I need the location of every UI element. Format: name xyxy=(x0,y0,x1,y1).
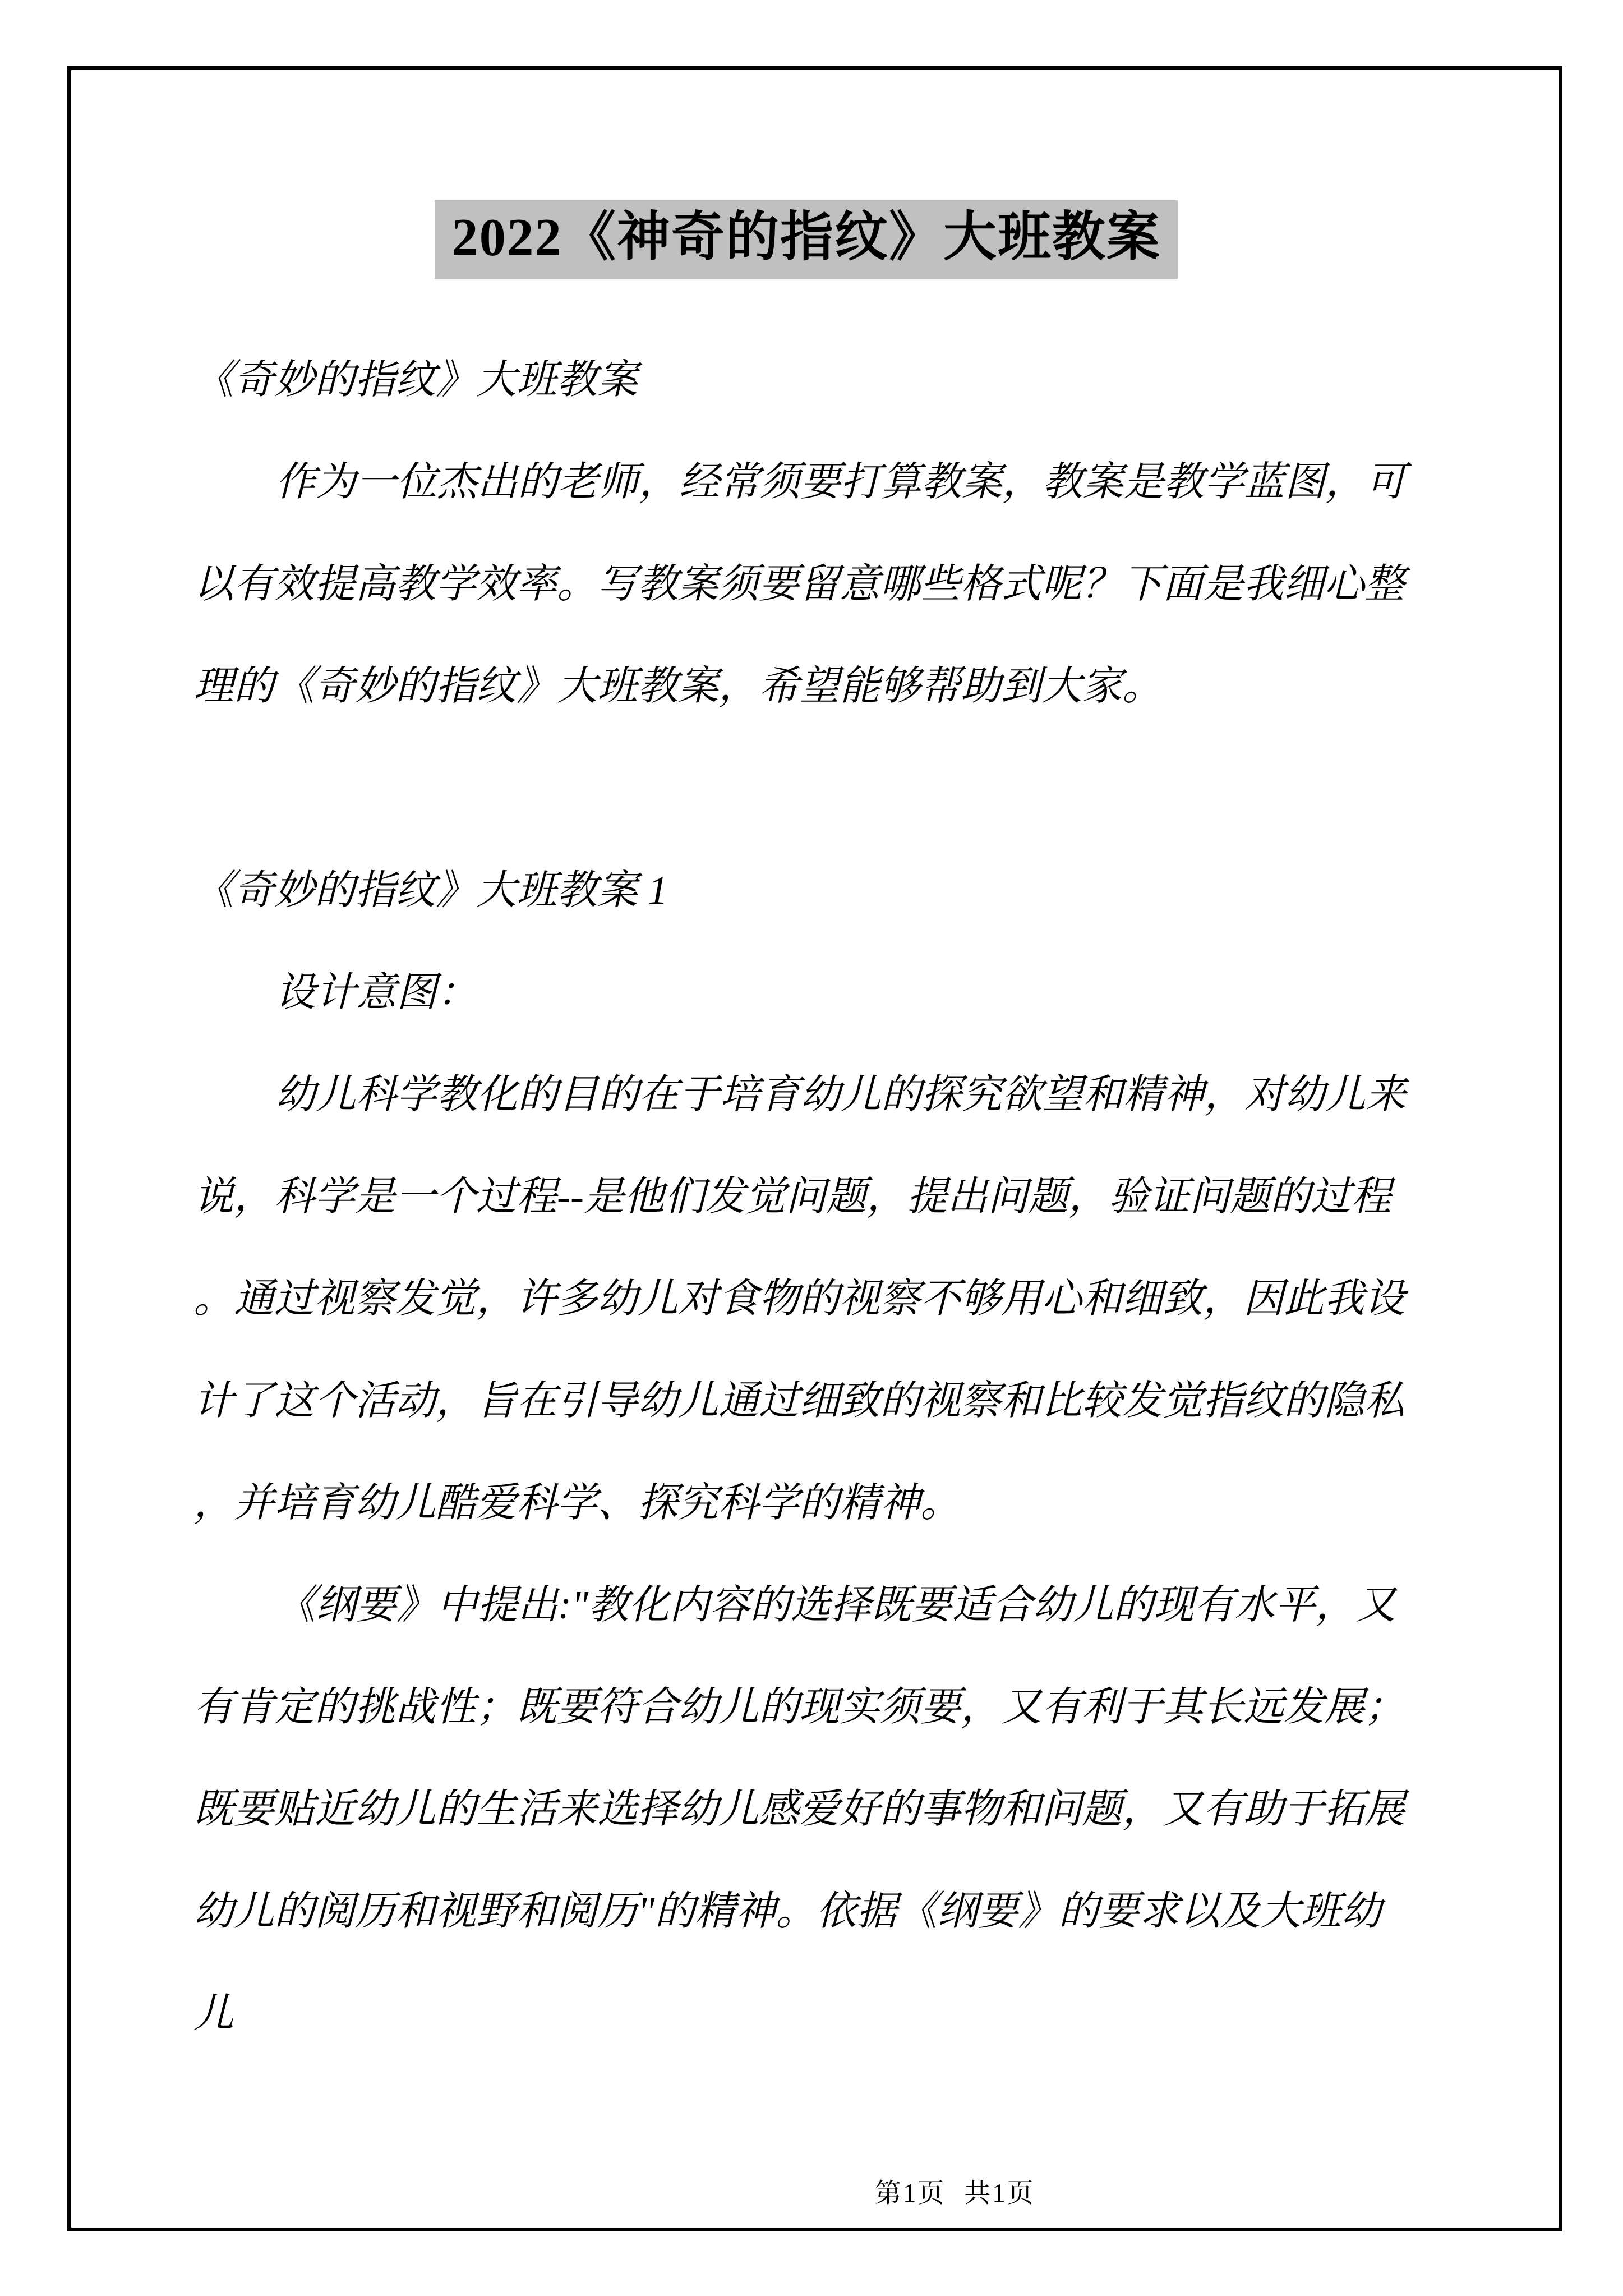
document-page: 2022《神奇的指纹》大班教案 《奇妙的指纹》大班教案 作为一位杰出的老师，经常… xyxy=(0,0,1623,2296)
page-number: 第1页 共1页 xyxy=(875,2172,1166,2210)
paragraph-intro: 作为一位杰出的老师，经常须要打算教案，教案是教学蓝图，可以有效提高教学效率。写教… xyxy=(193,431,1419,737)
document-title-text: 2022《神奇的指纹》大班教案 xyxy=(435,200,1178,279)
paragraph-outline-quote: 《纲要》中提出:"教化内容的选择既要适合幼儿的现有水平，又有肯定的挑战性；既要符… xyxy=(193,1554,1419,2064)
document-body: 《奇妙的指纹》大班教案 作为一位杰出的老师，经常须要打算教案，教案是教学蓝图，可… xyxy=(193,329,1419,2064)
paragraph-subtitle: 《奇妙的指纹》大班教案 xyxy=(193,329,1419,431)
paragraph-design-intent-label: 设计意图： xyxy=(193,941,1419,1043)
paragraph-design-intent-body: 幼儿科学教化的目的在于培育幼儿的探究欲望和精神，对幼儿来说，科学是一个过程--是… xyxy=(193,1043,1419,1554)
page-content: 2022《神奇的指纹》大班教案 《奇妙的指纹》大班教案 作为一位杰出的老师，经常… xyxy=(193,200,1419,2064)
document-title: 2022《神奇的指纹》大班教案 xyxy=(193,200,1419,279)
paragraph-section-heading: 《奇妙的指纹》大班教案 1 xyxy=(193,839,1419,941)
